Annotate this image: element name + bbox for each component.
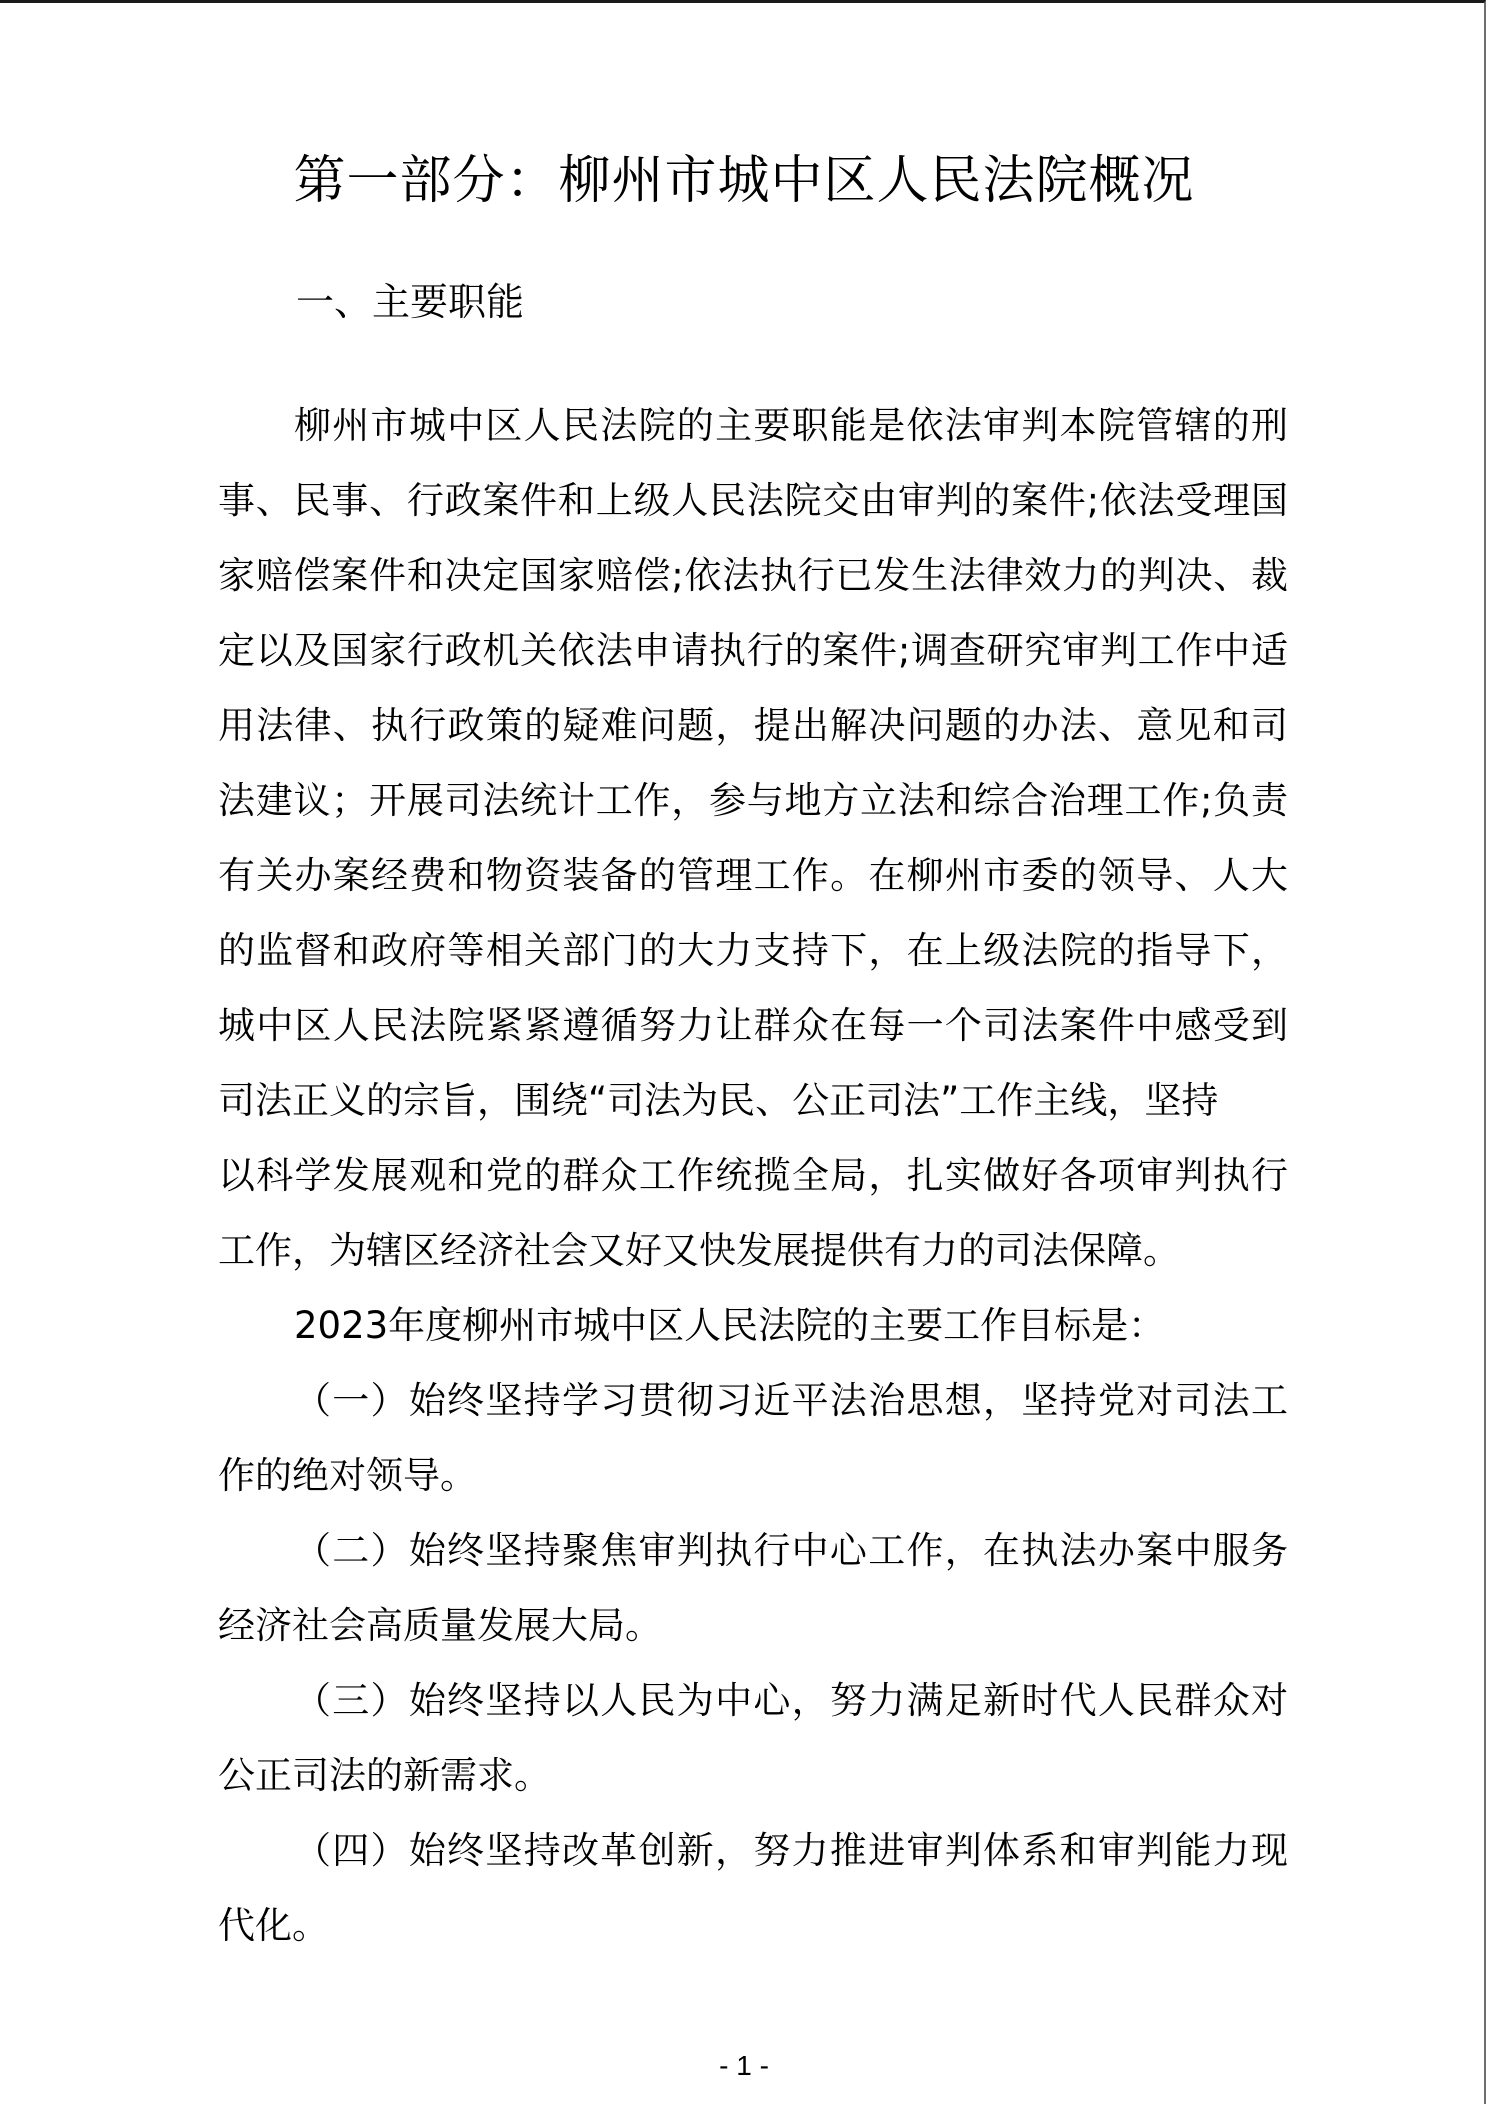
goals-intro-line: 2023年度柳州市城中区人民法院的主要工作目标是：: [218, 1288, 1288, 1363]
paragraph-line: 有关办案经费和物资装备的管理工作。在柳州市委的领导、人大: [218, 838, 1288, 913]
goal-4-line: 代化。: [218, 1888, 1288, 1963]
paragraph-line: 用法律、执行政策的疑难问题，提出解决问题的办法、意见和司: [218, 688, 1288, 763]
paragraph-line: 柳州市城中区人民法院的主要职能是依法审判本院管辖的刑: [218, 388, 1288, 463]
paragraph-line: 法建议；开展司法统计工作，参与地方立法和综合治理工作;负责: [218, 763, 1288, 838]
paragraph-line: 城中区人民法院紧紧遵循努力让群众在每一个司法案件中感受到: [218, 988, 1288, 1063]
goal-3-line: （三）始终坚持以人民为中心，努力满足新时代人民群众对: [218, 1663, 1288, 1738]
goal-2-line: 经济社会高质量发展大局。: [218, 1588, 1288, 1663]
paragraph-line: 事、民事、行政案件和上级人民法院交由审判的案件;依法受理国: [218, 463, 1288, 538]
goal-2-line: （二）始终坚持聚焦审判执行中心工作，在执法办案中服务: [218, 1513, 1288, 1588]
paragraph-line: 定以及国家行政机关依法申请执行的案件;调查研究审判工作中适: [218, 613, 1288, 688]
goal-1-line: （一）始终坚持学习贯彻习近平法治思想，坚持党对司法工: [218, 1363, 1288, 1438]
document-title: 第一部分：柳州市城中区人民法院概况: [0, 149, 1488, 213]
paragraph-line: 的监督和政府等相关部门的大力支持下，在上级法院的指导下，: [218, 913, 1288, 988]
goal-4-line: （四）始终坚持改革创新，努力推进审判体系和审判能力现: [218, 1813, 1288, 1888]
goal-1-line: 作的绝对领导。: [218, 1438, 1288, 1513]
document-page: 第一部分：柳州市城中区人民法院概况 一、主要职能 柳州市城中区人民法院的主要职能…: [0, 0, 1486, 2104]
page-number: - 1 -: [0, 2049, 1488, 2083]
goal-3-line: 公正司法的新需求。: [218, 1738, 1288, 1813]
paragraph-line: 以科学发展观和党的群众工作统揽全局，扎实做好各项审判执行: [218, 1138, 1288, 1213]
paragraph-line: 工作，为辖区经济社会又好又快发展提供有力的司法保障。: [218, 1213, 1288, 1288]
section-heading-main-functions: 一、主要职能: [296, 279, 524, 325]
document-body: 柳州市城中区人民法院的主要职能是依法审判本院管辖的刑 事、民事、行政案件和上级人…: [218, 388, 1288, 1963]
paragraph-line: 司法正义的宗旨，围绕“司法为民、公正司法”工作主线，坚持: [218, 1063, 1288, 1138]
paragraph-line: 家赔偿案件和决定国家赔偿;依法执行已发生法律效力的判决、裁: [218, 538, 1288, 613]
